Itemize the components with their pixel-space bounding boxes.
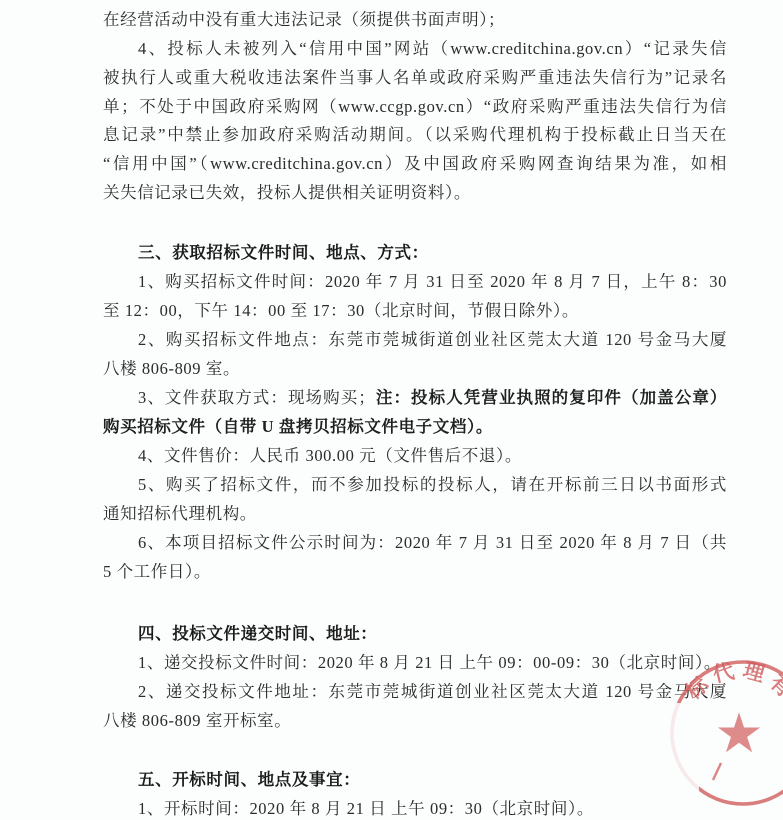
section-heading-get-documents: 三、获取招标文件时间、地点、方式： xyxy=(138,242,727,263)
official-seal: ★ 标代理有 xyxy=(655,645,783,820)
seal-arc-text: 标代理有 xyxy=(681,658,783,706)
doc-line-normal-part: 3、文件获取方式：现场购买； xyxy=(138,388,375,407)
doc-line: 6、本项目招标文件公示时间为：2020 年 7 月 31 日至 2020 年 8… xyxy=(138,532,727,553)
document-page: 在经营活动中没有重大违法记录（须提供书面声明）； 4、投标人未被列入“信用中国”… xyxy=(0,0,783,820)
doc-line: 1、递交投标文件时间：2020 年 8 月 21 日 上午 09：00-09：3… xyxy=(138,652,727,673)
doc-line: 5 个工作日）。 xyxy=(103,561,727,582)
svg-text:标代理有: 标代理有 xyxy=(681,658,783,706)
doc-line: 在经营活动中没有重大违法记录（须提供书面声明）； xyxy=(103,9,727,30)
section-heading-bid-opening: 五、开标时间、地点及事宜： xyxy=(138,769,727,790)
section-heading-bid-submission: 四、投标文件递交时间、地址： xyxy=(138,623,727,644)
doc-line: 通知招标代理机构。 xyxy=(103,503,727,524)
doc-line: 1、开标时间：2020 年 8 月 21 日 上午 09：30（北京时间）。 xyxy=(138,798,727,819)
doc-line: 至 12：00，下午 14：00 至 17：30（北京时间，节假日除外）。 xyxy=(103,300,727,321)
doc-line: 息记录”中禁止参加政府采购活动期间。（以采购代理机构于投标截止日当天在 xyxy=(103,124,727,145)
seal-inner-mark xyxy=(713,763,721,780)
seal-fade-patch xyxy=(655,703,699,791)
doc-line: 5、购买了招标文件，而不参加投标的投标人，请在开标前三日以书面形式 xyxy=(138,474,727,495)
doc-line: 2、购买招标文件地点：东莞市莞城街道创业社区莞太大道 120 号金马大厦 xyxy=(138,329,727,350)
doc-line: “信用中国”（www.creditchina.gov.cn）及中国政府采购网查询… xyxy=(103,153,727,174)
doc-line: 单；不处于中国政府采购网（www.ccgp.gov.cn）“政府采购严重违法失信… xyxy=(103,96,727,117)
doc-line: 4、投标人未被列入“信用中国”网站（www.creditchina.gov.cn… xyxy=(138,38,727,59)
doc-line: 1、购买招标文件时间：2020 年 7 月 31 日至 2020 年 8 月 7… xyxy=(138,271,727,292)
doc-line: 八楼 806-809 室。 xyxy=(103,358,727,379)
doc-line: 4、文件售价：人民币 300.00 元（文件售后不退）。 xyxy=(138,445,727,466)
doc-line: 3、文件获取方式：现场购买；注：投标人凭营业执照的复印件（加盖公章） xyxy=(138,387,727,408)
doc-line: 被执行人或重大税收违法案件当事人名单或政府采购严重违法失信行为”记录名 xyxy=(103,67,727,88)
doc-line: 关失信记录已失效，投标人提供相关证明资料）。 xyxy=(103,182,727,203)
doc-line: 八楼 806-809 室开标室。 xyxy=(103,710,727,731)
doc-line-bold-note: 注：投标人凭营业执照的复印件（加盖公章） xyxy=(375,388,727,407)
seal-star-icon: ★ xyxy=(714,701,763,765)
doc-line: 2、递交投标文件地址：东莞市莞城街道创业社区莞太大道 120 号金马大厦 xyxy=(138,681,727,702)
doc-line: 购买招标文件（自带 U 盘拷贝招标文件电子文档）。 xyxy=(103,416,727,437)
